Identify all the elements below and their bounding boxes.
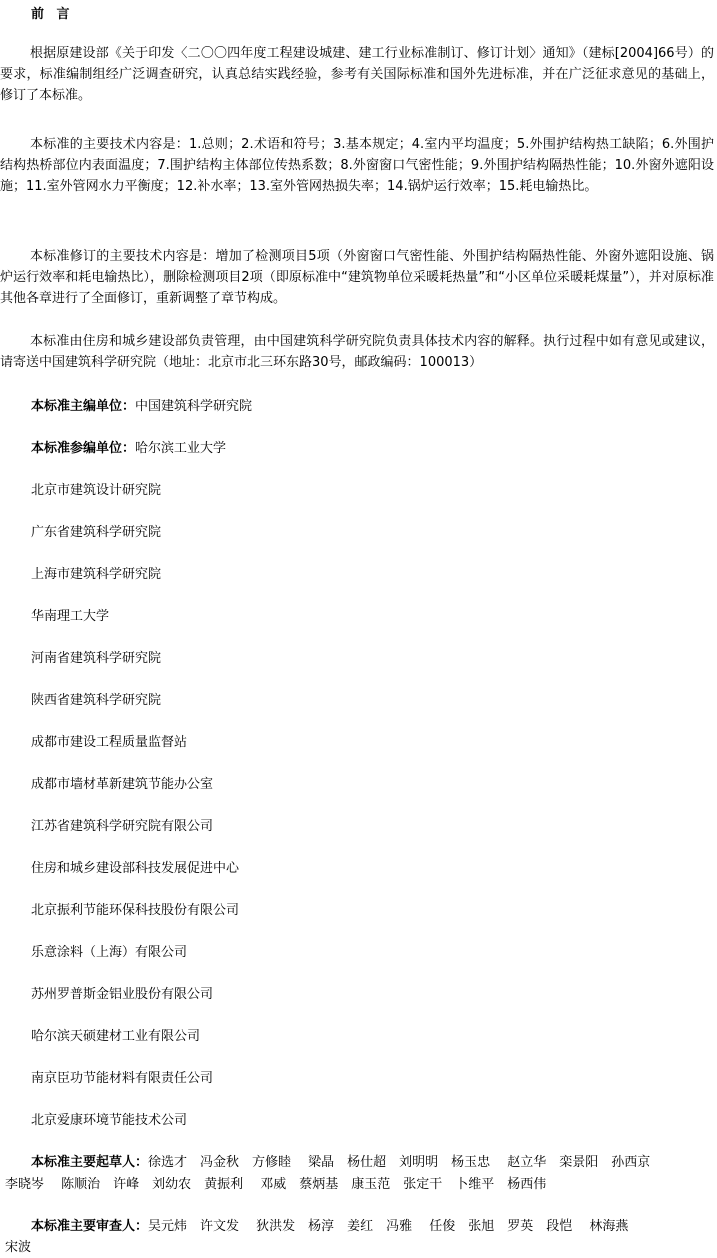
section-title: 前 言	[31, 3, 74, 22]
participating-units-line: 本标准参编单位：哈尔滨工业大学	[31, 440, 226, 458]
drafters-label: 本标准主要起草人：	[31, 1155, 148, 1170]
participating-unit: 哈尔滨天硕建材工业有限公司	[31, 1028, 200, 1046]
reviewers-label: 本标准主要审查人：	[31, 1219, 148, 1234]
chief-editor-value: 中国建筑科学研究院	[135, 399, 252, 414]
participating-unit: 陕西省建筑科学研究院	[31, 692, 161, 710]
participating-unit: 哈尔滨工业大学	[135, 441, 226, 456]
participating-units-label: 本标准参编单位：	[31, 441, 135, 456]
chief-editor-line: 本标准主编单位：中国建筑科学研究院	[31, 398, 252, 416]
chief-editor-label: 本标准主编单位：	[31, 399, 135, 414]
reviewers-line-2: 宋波	[5, 1239, 31, 1257]
participating-unit: 成都市墙材革新建筑节能办公室	[31, 776, 213, 794]
participating-unit: 北京振利节能环保科技股份有限公司	[31, 902, 239, 920]
participating-unit: 上海市建筑科学研究院	[31, 566, 161, 584]
paragraph-basis: 根据原建设部《关于印发〈二〇〇四年度工程建设城建、建工行业标准制订、修订计划〉通…	[0, 43, 714, 106]
reviewers-names: 吴元炜 许文发 狄洪发 杨淳 姜红 冯雅 任俊 张旭 罗英 段恺 林海燕	[148, 1219, 628, 1234]
participating-unit: 乐意涂料（上海）有限公司	[31, 944, 187, 962]
participating-unit: 江苏省建筑科学研究院有限公司	[31, 818, 213, 836]
participating-unit: 住房和城乡建设部科技发展促进中心	[31, 860, 239, 878]
participating-unit: 河南省建筑科学研究院	[31, 650, 161, 668]
paragraph-revision-content: 本标准修订的主要技术内容是：增加了检测项目5项（外窗窗口气密性能、外围护结构隔热…	[0, 246, 714, 309]
participating-unit: 南京臣功节能材料有限责任公司	[31, 1070, 213, 1088]
participating-unit: 广东省建筑科学研究院	[31, 524, 161, 542]
reviewers-line-1: 本标准主要审查人：吴元炜 许文发 狄洪发 杨淳 姜红 冯雅 任俊 张旭 罗英 段…	[31, 1218, 628, 1236]
drafters-line-1: 本标准主要起草人：徐选才 冯金秋 方修睦 梁晶 杨仕超 刘明明 杨玉忠 赵立华 …	[31, 1154, 650, 1172]
paragraph-management: 本标准由住房和城乡建设部负责管理，由中国建筑科学研究院负责具体技术内容的解释。执…	[0, 331, 714, 373]
participating-unit: 北京市建筑设计研究院	[31, 482, 161, 500]
participating-unit: 北京爱康环境节能技术公司	[31, 1112, 187, 1130]
participating-unit: 苏州罗普斯金铝业股份有限公司	[31, 986, 213, 1004]
participating-unit: 华南理工大学	[31, 608, 109, 626]
participating-unit: 成都市建设工程质量监督站	[31, 734, 187, 752]
drafters-names: 徐选才 冯金秋 方修睦 梁晶 杨仕超 刘明明 杨玉忠 赵立华 栾景阳 孙西京	[148, 1155, 650, 1170]
drafters-line-2: 李晓岑 陈顺治 许峰 刘幼农 黄振利 邓威 蔡炳基 康玉范 张定干 卜维平 杨西…	[5, 1176, 546, 1194]
paragraph-main-content: 本标准的主要技术内容是：1.总则；2.术语和符号；3.基本规定；4.室内平均温度…	[0, 134, 714, 197]
